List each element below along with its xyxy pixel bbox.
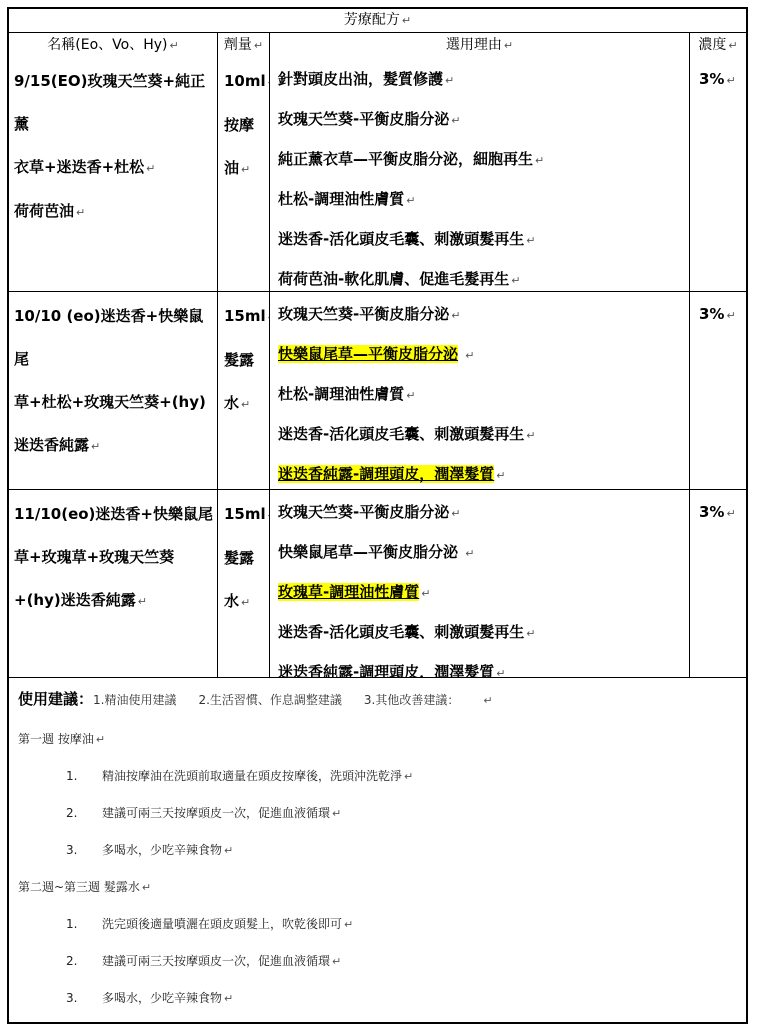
return-mark: ↵ xyxy=(496,469,505,482)
text-run: 草+杜松+玫瑰天竺葵+(hy) xyxy=(14,393,206,411)
instruction-item: 3.多喝水，少吃辛辣食物↵ xyxy=(18,837,738,874)
instruction-item: 1.精油按摩油在洗頭前取適量在頭皮按摩後，洗頭沖洗乾淨↵ xyxy=(18,763,738,800)
dose-cell: 15ml↵髮露水↵ xyxy=(217,490,269,677)
dose-line: 水↵ xyxy=(224,382,268,426)
return-mark: ↵ xyxy=(483,694,492,707)
text-run: 按摩 xyxy=(224,116,254,134)
concentration-value: 3%↵ xyxy=(699,295,745,335)
dose-line: 15ml↵ xyxy=(224,295,268,339)
reason-line: 杜松-調理油性膚質↵ xyxy=(278,180,685,220)
formula-row: 10/10 (eo)迷迭香+快樂鼠尾草+杜松+玫瑰天竺葵+(hy)迷迭香純露↵1… xyxy=(9,291,746,489)
return-mark: ↵ xyxy=(511,274,520,287)
usage-suggestions-cell: 使用建議：1.精油使用建議2.生活習慣、作息調整建議3.其他改善建議：↵第一週 … xyxy=(9,678,746,1022)
concentration-cell: 3%↵ xyxy=(689,490,746,677)
formula-row: 9/15(EO)玫瑰天竺葵+純正薰衣草+迷迭香+杜松↵荷荷芭油↵10ml↵按摩油… xyxy=(9,57,746,291)
reason-line: 快樂鼠尾草—平衡皮脂分泌 ↵ xyxy=(278,533,685,573)
column-header-1: 劑量↵ xyxy=(217,33,269,57)
name-line: 荷荷芭油↵ xyxy=(14,190,214,234)
name-line: 草+杜松+玫瑰天竺葵+(hy) xyxy=(14,381,214,424)
instruction-number: 1. xyxy=(66,763,102,800)
concentration-value: 3%↵ xyxy=(699,60,745,100)
return-mark: ↵ xyxy=(451,114,460,127)
instruction-text: 洗完頭後適量噴灑在頭皮頭髮上，吹乾後即可↵ xyxy=(102,911,738,948)
dose-line: 水↵ xyxy=(224,580,268,624)
text-run: 11/10(eo)迷迭香+快樂鼠尾 xyxy=(14,505,213,523)
text-run: 水 xyxy=(224,394,239,412)
text-run: 快樂鼠尾草—平衡皮脂分泌 xyxy=(278,543,458,561)
aroma-formula-table: 芳療配方↵ 名稱(Eo、Vo、Hy)↵劑量↵選用理由↵濃度↵ 9/15(EO)玫… xyxy=(7,7,748,1024)
dose-line: 髮露 xyxy=(224,537,268,580)
dose-line: 15ml↵ xyxy=(224,493,268,537)
instruction-text: 建議可兩三天按摩頭皮一次，促進血液循環↵ xyxy=(102,800,738,837)
return-mark: ↵ xyxy=(726,507,735,520)
reason-line: 玫瑰天竺葵-平衡皮脂分泌↵ xyxy=(278,100,685,140)
highlighted-text: 玫瑰草-調理油性膚質 xyxy=(278,583,419,601)
reason-line: 迷迭香純露-調理頭皮，潤澤髮質↵ xyxy=(278,653,685,677)
reason-line: 杜松-調理油性膚質↵ xyxy=(278,375,685,415)
text-run: 玫瑰天竺葵-平衡皮脂分泌 xyxy=(278,110,449,128)
reason-line: 純正薰衣草—平衡皮脂分泌，細胞再生↵ xyxy=(278,140,685,180)
name-line: 10/10 (eo)迷迭香+快樂鼠尾 xyxy=(14,295,214,381)
return-mark: ↵ xyxy=(332,807,341,820)
formula-row: 11/10(eo)迷迭香+快樂鼠尾草+玫瑰草+玫瑰天竺葵+(hy)迷迭香純露↵1… xyxy=(9,489,746,677)
dose-cell: 15ml↵髮露水↵ xyxy=(217,292,269,489)
week-section-label: 第一週 按摩油↵ xyxy=(18,726,738,763)
reason-line: 針對頭皮出油，髮質修護↵ xyxy=(278,60,685,100)
return-mark: ↵ xyxy=(465,349,474,362)
return-mark: ↵ xyxy=(406,194,415,207)
return-mark: ↵ xyxy=(496,667,505,677)
reason-line: 快樂鼠尾草—平衡皮脂分泌 ↵ xyxy=(278,335,685,375)
return-mark: ↵ xyxy=(526,429,535,442)
return-mark: ↵ xyxy=(241,163,250,176)
return-mark: ↵ xyxy=(451,507,460,520)
text-run: 迷迭香純露 xyxy=(14,436,89,454)
text-run: 玫瑰天竺葵-平衡皮脂分泌 xyxy=(278,503,449,521)
week-section-text: 第二週~第三週 髮露水 xyxy=(18,880,140,894)
return-mark: ↵ xyxy=(728,39,737,52)
column-header-label: 劑量 xyxy=(224,37,252,53)
instruction-item: 2.建議可兩三天按摩頭皮一次，促進血液循環↵ xyxy=(18,800,738,837)
return-mark: ↵ xyxy=(404,770,413,783)
instruction-number: 2. xyxy=(66,948,102,985)
column-header-2: 選用理由↵ xyxy=(269,33,689,57)
column-header-label: 選用理由 xyxy=(446,37,502,53)
return-mark: ↵ xyxy=(142,881,151,894)
reason-line: 玫瑰草-調理油性膚質↵ xyxy=(278,573,685,613)
instruction-number: 2. xyxy=(66,800,102,837)
usage-heading-item: 1.精油使用建議 xyxy=(93,693,176,707)
text-run: 15ml xyxy=(224,505,266,523)
reasons-cell: 玫瑰天竺葵-平衡皮脂分泌↵快樂鼠尾草—平衡皮脂分泌 ↵玫瑰草-調理油性膚質↵迷迭… xyxy=(269,490,689,677)
text-run: 3% xyxy=(699,305,724,323)
concentration-value: 3%↵ xyxy=(699,493,745,533)
return-mark: ↵ xyxy=(451,309,460,322)
usage-heading: 使用建議：1.精油使用建議2.生活習慣、作息調整建議3.其他改善建議：↵ xyxy=(18,686,738,726)
text-run: 髮露 xyxy=(224,549,254,567)
usage-footer-row: 使用建議：1.精油使用建議2.生活習慣、作息調整建議3.其他改善建議：↵第一週 … xyxy=(9,677,746,1022)
return-mark: ↵ xyxy=(402,14,411,27)
name-line: 11/10(eo)迷迭香+快樂鼠尾 xyxy=(14,493,214,536)
instruction-item: 3.多喝水，少吃辛辣食物↵ xyxy=(18,985,738,1022)
reasons-cell: 針對頭皮出油，髮質修護↵玫瑰天竺葵-平衡皮脂分泌↵純正薰衣草—平衡皮脂分泌，細胞… xyxy=(269,57,689,291)
return-mark: ↵ xyxy=(421,587,430,600)
instruction-text: 多喝水，少吃辛辣食物↵ xyxy=(102,837,738,874)
name-cell: 10/10 (eo)迷迭香+快樂鼠尾草+杜松+玫瑰天竺葵+(hy)迷迭香純露↵ xyxy=(9,292,217,489)
return-mark: ↵ xyxy=(526,627,535,640)
concentration-cell: 3%↵ xyxy=(689,292,746,489)
instruction-text: 建議可兩三天按摩頭皮一次，促進血液循環↵ xyxy=(102,948,738,985)
return-mark: ↵ xyxy=(504,39,513,52)
return-mark: ↵ xyxy=(224,844,233,857)
text-run: 荷荷芭油 xyxy=(14,202,74,220)
column-header-3: 濃度↵ xyxy=(689,33,746,57)
return-mark: ↵ xyxy=(465,547,474,560)
text-run: 9/15(EO)玫瑰天竺葵+純正薰 xyxy=(14,72,205,133)
instruction-number: 3. xyxy=(66,985,102,1022)
return-mark: ↵ xyxy=(138,595,147,608)
reason-line: 迷迭香-活化頭皮毛囊、刺激頭髮再生↵ xyxy=(278,613,685,653)
week-section-label: 第二週~第三週 髮露水↵ xyxy=(18,874,738,911)
return-mark: ↵ xyxy=(224,992,233,1005)
name-line: 迷迭香純露↵ xyxy=(14,424,214,468)
reason-line: 迷迭香純露-調理頭皮，潤澤髮質↵ xyxy=(278,455,685,489)
text-run: 迷迭香純露-調理頭皮，潤澤髮質 xyxy=(278,663,494,677)
instruction-item: 2.建議可兩三天按摩頭皮一次，促進血液循環↵ xyxy=(18,948,738,985)
usage-heading-item: 3.其他改善建議： xyxy=(364,693,459,707)
column-header-label: 名稱(Eo、Vo、Hy) xyxy=(47,37,167,53)
text-run: 3% xyxy=(699,503,724,521)
reason-line: 荷荷芭油-軟化肌膚、促進毛髮再生↵ xyxy=(278,260,685,291)
reason-line: 迷迭香-活化頭皮毛囊、刺激頭髮再生↵ xyxy=(278,220,685,260)
usage-heading-title: 使用建議： xyxy=(18,690,93,708)
instruction-text: 多喝水，少吃辛辣食物↵ xyxy=(102,985,738,1022)
name-cell: 9/15(EO)玫瑰天竺葵+純正薰衣草+迷迭香+杜松↵荷荷芭油↵ xyxy=(9,57,217,291)
text-run: 草+玫瑰草+玫瑰天竺葵 xyxy=(14,548,174,566)
text-run: +(hy)迷迭香純露 xyxy=(14,591,136,609)
column-header-0: 名稱(Eo、Vo、Hy)↵ xyxy=(9,33,217,57)
return-mark: ↵ xyxy=(241,398,250,411)
text-run: 迷迭香-活化頭皮毛囊、刺激頭髮再生 xyxy=(278,623,524,641)
text-run: 杜松-調理油性膚質 xyxy=(278,385,404,403)
text-run: 衣草+迷迭香+杜松 xyxy=(14,158,144,176)
text-run: 迷迭香-活化頭皮毛囊、刺激頭髮再生 xyxy=(278,425,524,443)
table-title-row: 芳療配方↵ xyxy=(9,9,746,32)
instruction-number: 3. xyxy=(66,837,102,874)
return-mark: ↵ xyxy=(726,309,735,322)
reason-line: 玫瑰天竺葵-平衡皮脂分泌↵ xyxy=(278,295,685,335)
text-run: 玫瑰天竺葵-平衡皮脂分泌 xyxy=(278,305,449,323)
instruction-text: 精油按摩油在洗頭前取適量在頭皮按摩後，洗頭沖洗乾淨↵ xyxy=(102,763,738,800)
instruction-item: 1.洗完頭後適量噴灑在頭皮頭髮上，吹乾後即可↵ xyxy=(18,911,738,948)
reasons-cell: 玫瑰天竺葵-平衡皮脂分泌↵快樂鼠尾草—平衡皮脂分泌 ↵杜松-調理油性膚質↵迷迭香… xyxy=(269,292,689,489)
highlighted-text: 迷迭香純露-調理頭皮，潤澤髮質 xyxy=(278,465,494,483)
highlighted-text: 快樂鼠尾草—平衡皮脂分泌 xyxy=(278,345,458,363)
page-title: 芳療配方 xyxy=(344,12,400,28)
return-mark: ↵ xyxy=(169,39,178,52)
return-mark: ↵ xyxy=(241,596,250,609)
dose-line: 油↵ xyxy=(224,147,268,191)
return-mark: ↵ xyxy=(254,39,263,52)
return-mark: ↵ xyxy=(526,234,535,247)
instruction-number: 1. xyxy=(66,911,102,948)
text-run: 3% xyxy=(699,70,724,88)
text-run: 油 xyxy=(224,159,239,177)
return-mark: ↵ xyxy=(332,955,341,968)
text-run: 荷荷芭油-軟化肌膚、促進毛髮再生 xyxy=(278,270,509,288)
text-run: 髮露 xyxy=(224,351,254,369)
reason-line: 玫瑰天竺葵-平衡皮脂分泌↵ xyxy=(278,493,685,533)
name-line: 草+玫瑰草+玫瑰天竺葵 xyxy=(14,536,214,579)
name-line: +(hy)迷迭香純露↵ xyxy=(14,579,214,623)
concentration-cell: 3%↵ xyxy=(689,57,746,291)
dose-line: 按摩 xyxy=(224,104,268,147)
name-cell: 11/10(eo)迷迭香+快樂鼠尾草+玫瑰草+玫瑰天竺葵+(hy)迷迭香純露↵ xyxy=(9,490,217,677)
table-header-row: 名稱(Eo、Vo、Hy)↵劑量↵選用理由↵濃度↵ xyxy=(9,32,746,57)
return-mark: ↵ xyxy=(96,733,105,746)
text-run: 純正薰衣草—平衡皮脂分泌，細胞再生 xyxy=(278,150,533,168)
text-run: 15ml xyxy=(224,307,266,325)
dose-line: 髮露 xyxy=(224,339,268,382)
dose-cell: 10ml↵按摩油↵ xyxy=(217,57,269,291)
return-mark: ↵ xyxy=(76,206,85,219)
name-line: 9/15(EO)玫瑰天竺葵+純正薰 xyxy=(14,60,214,146)
usage-heading-item: 2.生活習慣、作息調整建議 xyxy=(198,693,341,707)
text-run: 水 xyxy=(224,592,239,610)
return-mark: ↵ xyxy=(91,440,100,453)
return-mark: ↵ xyxy=(146,162,155,175)
column-header-label: 濃度 xyxy=(698,37,726,53)
dose-line: 10ml↵ xyxy=(224,60,268,104)
reason-line: 迷迭香-活化頭皮毛囊、刺激頭髮再生↵ xyxy=(278,415,685,455)
return-mark: ↵ xyxy=(406,389,415,402)
return-mark: ↵ xyxy=(726,74,735,87)
return-mark: ↵ xyxy=(344,918,353,931)
text-run: 10ml xyxy=(224,72,266,90)
return-mark: ↵ xyxy=(445,74,454,87)
week-section-text: 第一週 按摩油 xyxy=(18,732,94,746)
text-run: 杜松-調理油性膚質 xyxy=(278,190,404,208)
text-run: 針對頭皮出油，髮質修護 xyxy=(278,70,443,88)
name-line: 衣草+迷迭香+杜松↵ xyxy=(14,146,214,190)
text-run: 10/10 (eo)迷迭香+快樂鼠尾 xyxy=(14,307,203,368)
text-run: 迷迭香-活化頭皮毛囊、刺激頭髮再生 xyxy=(278,230,524,248)
return-mark: ↵ xyxy=(535,154,544,167)
